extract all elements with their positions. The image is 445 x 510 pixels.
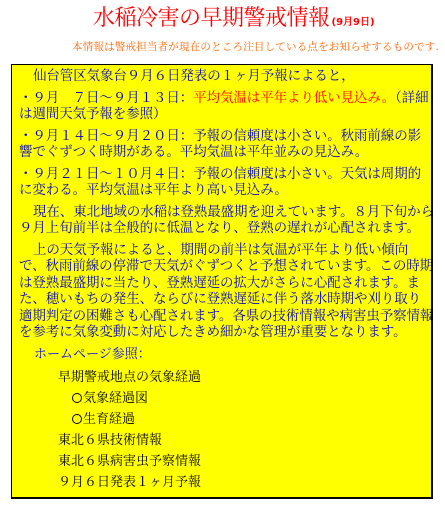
homepage-label: ホームページ参照： [34, 347, 151, 363]
period-item-1: ・９月 ７日～９月１３日：平均気温は平年より低い見込み。（詳細は週間天気予報を参… [19, 90, 433, 123]
link-label: 東北６県病害虫予察情報 [58, 454, 201, 469]
link-growth-progress[interactable]: 生育経過 [58, 412, 201, 433]
link-weather-chart[interactable]: 気象経過図 [58, 391, 201, 412]
link-label: 早期警戒地点の気象経過 [58, 370, 201, 385]
paragraph-status: 現在、東北地域の水稲は登熟最盛期を迎えています。８月下旬から９月上旬前半は全般的… [19, 204, 433, 237]
link-tohoku-tech-info[interactable]: 東北６県技術情報 [58, 433, 201, 454]
page-title: 水稲冷害の早期警戒情報(9月9日) [93, 6, 375, 36]
info-content: 仙台管区気象台９月６日発表の１ヶ月予報によると， ・９月 ７日～９月１３日：平均… [19, 68, 433, 346]
info-box: 仙台管区気象台９月６日発表の１ヶ月予報によると， ・９月 ７日～９月１３日：平均… [11, 64, 433, 499]
link-weather-progress[interactable]: 早期警戒地点の気象経過 [58, 370, 201, 391]
period-item-3: ・９月２１日～１０月４日：予報の信頼度は小さい。天気は周期的に変わる。平均気温は… [19, 166, 433, 199]
link-tohoku-pest-forecast[interactable]: 東北６県病害虫予察情報 [58, 454, 201, 475]
period-range: ・９月２１日～１０月４日： [19, 166, 193, 182]
link-monthly-forecast[interactable]: ９月６日発表１ヶ月予報 [58, 475, 201, 496]
period-range: ・９月１４日～９月２０日： [19, 128, 193, 144]
circle-icon [72, 414, 82, 424]
intro-text: 仙台管区気象台９月６日発表の１ヶ月予報によると， [19, 68, 433, 85]
period-range: ・９月 ７日～９月１３日： [19, 90, 193, 106]
period-item-2: ・９月１４日～９月２０日：予報の信頼度は小さい。秋雨前線の影響でぐずつく時期があ… [19, 128, 433, 161]
homepage-links: 早期警戒地点の気象経過 気象経過図 生育経過 東北６県技術情報 東北６県病害虫予… [58, 370, 201, 496]
period-highlight: 平均気温は平年より低い見込み。 [193, 90, 395, 106]
title-text: 水稲冷害の早期警戒情報 [93, 6, 330, 31]
link-label: 東北６県技術情報 [58, 433, 162, 448]
link-label: 気象経過図 [83, 391, 148, 406]
subtitle: 本情報は警戒担当者が現在のところ注目している点をお知らせするものです. [72, 40, 439, 54]
circle-icon [72, 393, 82, 403]
link-label: 生育経過 [83, 412, 135, 427]
paragraph-outlook: 上の天気予報によると、期間の前半は気温が平年より低い傾向で、秋雨前線の停滞で天気… [19, 242, 433, 341]
link-label: ９月６日発表１ヶ月予報 [58, 475, 201, 490]
title-date: (9月9日) [332, 17, 375, 28]
